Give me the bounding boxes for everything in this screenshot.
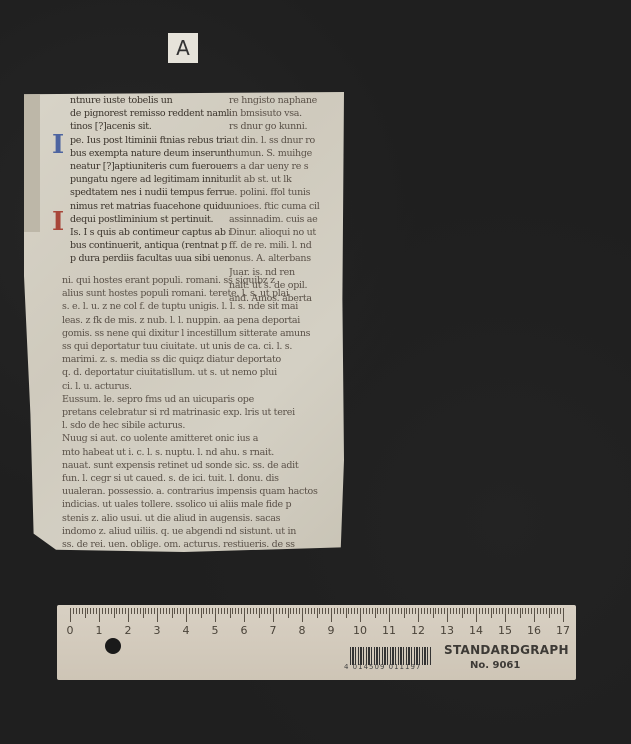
ruler-tick: [73, 608, 74, 614]
ruler-tick: [363, 608, 364, 614]
ruler-tick: [505, 608, 506, 622]
ruler-tick: [212, 608, 213, 614]
ruler-number: 8: [299, 624, 306, 637]
ruler-tick: [354, 608, 355, 614]
ruler-tick: [261, 608, 262, 614]
ruler-tick: [116, 608, 117, 614]
ruler-number: 13: [440, 624, 454, 637]
ruler-tick: [499, 608, 500, 614]
initial-blue-red: I: [52, 130, 64, 160]
ruler-tick: [493, 608, 494, 614]
ruler-tick: [96, 608, 97, 614]
ruler-tick: [311, 608, 312, 614]
ruler-tick: [366, 608, 367, 614]
ruler-number: 5: [212, 624, 219, 637]
ruler-tick: [267, 608, 268, 614]
ruler-tick: [218, 608, 219, 614]
ruler-tick: [154, 608, 155, 614]
ruler-tick: [241, 608, 242, 614]
ruler-number: 7: [270, 624, 277, 637]
ruler-tick: [369, 608, 370, 614]
ruler-tick: [198, 608, 199, 614]
specimen-label-text: A: [176, 36, 190, 60]
ruler-tick: [331, 608, 332, 622]
ruler-tick: [247, 608, 248, 614]
ruler-tick: [453, 608, 454, 614]
ruler-tick: [232, 608, 233, 614]
ruler-tick: [557, 608, 558, 614]
ruler-tick: [462, 608, 463, 618]
ruler-tick: [230, 608, 231, 618]
ruler-tick: [114, 608, 115, 618]
ruler-tick: [496, 608, 497, 614]
ruler-tick: [383, 608, 384, 614]
ruler-tick: [201, 608, 202, 618]
ruler-tick: [412, 608, 413, 614]
ruler-tick: [386, 608, 387, 614]
manuscript-fragment: I I ntnure iuste tobelis un de pignorest…: [24, 92, 344, 552]
ruler-tick: [467, 608, 468, 614]
ruler-tick: [418, 608, 419, 622]
ruler-tick: [183, 608, 184, 614]
ruler-tick: [290, 608, 291, 614]
ruler-tick: [93, 608, 94, 614]
ruler-tick: [514, 608, 515, 614]
ruler-tick: [302, 608, 303, 622]
ruler-tick: [406, 608, 407, 614]
ruler-tick: [325, 608, 326, 614]
ruler-tick: [279, 608, 280, 614]
ruler-tick: [143, 608, 144, 618]
ruler-tick: [482, 608, 483, 614]
ruler-tick: [215, 608, 216, 622]
ruler-tick: [340, 608, 341, 614]
ruler-tick: [314, 608, 315, 614]
ruler-tick: [76, 608, 77, 614]
ruler-tick: [85, 608, 86, 618]
ruler-tick: [415, 608, 416, 614]
ruler-tick: [456, 608, 457, 614]
left-column-top: ntnure iuste tobelis un de pignorest rem…: [70, 94, 230, 266]
ruler-tick: [163, 608, 164, 614]
ruler-tick: [151, 608, 152, 614]
ruler-tick: [276, 608, 277, 614]
ruler-tick: [540, 608, 541, 614]
ruler-tick: [160, 608, 161, 614]
ruler-tick: [360, 608, 361, 622]
ruler-tick: [317, 608, 318, 618]
ruler-tick: [508, 608, 509, 614]
ruler-tick: [380, 608, 381, 614]
ruler-number: 10: [353, 624, 367, 637]
ruler-tick: [441, 608, 442, 614]
ruler-tick: [180, 608, 181, 614]
full-width-text: ni. qui hostes erant populi. romani. ss …: [62, 274, 342, 617]
ruler-tick: [375, 608, 376, 618]
ruler-number: 16: [527, 624, 541, 637]
ruler-tick: [253, 608, 254, 614]
ruler-tick: [520, 608, 521, 618]
ruler-tick: [401, 608, 402, 614]
ruler-tick: [549, 608, 550, 618]
ruler-tick: [221, 608, 222, 614]
ruler-tick: [148, 608, 149, 614]
ruler-tick: [511, 608, 512, 614]
ruler-tick: [525, 608, 526, 614]
ruler-tick: [479, 608, 480, 614]
ruler-tick: [256, 608, 257, 614]
ruler-tick: [227, 608, 228, 614]
ruler-tick: [398, 608, 399, 614]
ruler-tick: [328, 608, 329, 614]
ruler-tick: [377, 608, 378, 614]
ruler-tick: [343, 608, 344, 614]
ruler-tick: [282, 608, 283, 614]
ruler-tick: [305, 608, 306, 614]
ruler-tick: [250, 608, 251, 614]
ruler-tick: [99, 608, 100, 622]
ruler-tick: [259, 608, 260, 618]
ruler-tick: [389, 608, 390, 622]
ruler-tick: [464, 608, 465, 614]
ruler-tick: [82, 608, 83, 614]
ruler-model: No. 9061: [470, 660, 520, 671]
ruler-tick: [108, 608, 109, 614]
ruler-tick: [563, 608, 564, 622]
ruler-tick: [192, 608, 193, 614]
ruler-tick: [395, 608, 396, 614]
barcode-number: 4 014509 011197: [344, 663, 421, 671]
ruler-tick: [551, 608, 552, 614]
ruler-tick: [244, 608, 245, 622]
ruler-tick: [145, 608, 146, 614]
ruler-tick: [488, 608, 489, 614]
ruler-tick: [560, 608, 561, 614]
ruler-tick: [392, 608, 393, 614]
ruler-tick: [235, 608, 236, 614]
ruler-number: 0: [67, 624, 74, 637]
ruler-tick: [421, 608, 422, 614]
ruler-tick: [105, 608, 106, 614]
ruler-tick: [90, 608, 91, 614]
ruler-tick: [522, 608, 523, 614]
ruler-tick: [131, 608, 132, 614]
ruler-number: 2: [125, 624, 132, 637]
ruler-tick: [174, 608, 175, 614]
ruler-number: 11: [382, 624, 396, 637]
ruler-tick: [238, 608, 239, 614]
ruler-number: 17: [556, 624, 570, 637]
specimen-label: A: [168, 33, 198, 63]
ruler: 01234567891011121314151617 4 014509 0111…: [57, 605, 576, 680]
ruler-tick: [427, 608, 428, 614]
ruler-tick: [537, 608, 538, 614]
ruler-tick: [285, 608, 286, 614]
ruler-tick: [169, 608, 170, 614]
ruler-number: 9: [328, 624, 335, 637]
ruler-tick: [476, 608, 477, 622]
ruler-tick: [270, 608, 271, 614]
ruler-tick: [502, 608, 503, 614]
ruler-tick: [517, 608, 518, 614]
ruler-number: 14: [469, 624, 483, 637]
ruler-tick: [102, 608, 103, 614]
ruler-tick: [186, 608, 187, 622]
ruler-tick: [450, 608, 451, 614]
ruler-tick: [224, 608, 225, 614]
ruler-number: 4: [183, 624, 190, 637]
ruler-tick: [357, 608, 358, 614]
ruler-brand: STANDARDGRAPH: [444, 643, 569, 657]
ruler-tick: [351, 608, 352, 614]
ruler-tick: [140, 608, 141, 614]
ruler-tick: [444, 608, 445, 614]
ruler-tick: [470, 608, 471, 614]
ruler-tick: [424, 608, 425, 614]
ruler-tick: [203, 608, 204, 614]
ruler-tick: [430, 608, 431, 614]
ruler-tick: [528, 608, 529, 614]
ruler-tick: [322, 608, 323, 614]
ruler-tick: [125, 608, 126, 614]
ruler-tick: [433, 608, 434, 618]
ruler-tick: [137, 608, 138, 614]
ruler-tick: [293, 608, 294, 614]
ruler-tick: [288, 608, 289, 618]
ruler-tick: [346, 608, 347, 618]
ruler-tick: [172, 608, 173, 618]
ruler-number: 12: [411, 624, 425, 637]
ruler-tick: [491, 608, 492, 618]
ruler-tick: [296, 608, 297, 614]
ruler-number: 15: [498, 624, 512, 637]
ruler-number: 1: [96, 624, 103, 637]
ruler-tick: [409, 608, 410, 614]
ruler-tick: [372, 608, 373, 614]
ruler-tick: [404, 608, 405, 618]
ruler-tick: [546, 608, 547, 614]
ruler-tick: [334, 608, 335, 614]
ruler-tick: [435, 608, 436, 614]
ruler-tick: [534, 608, 535, 622]
ruler-tick: [195, 608, 196, 614]
ruler-tick: [177, 608, 178, 614]
ruler-hole: [105, 638, 121, 654]
ruler-number: 6: [241, 624, 248, 637]
ruler-tick: [206, 608, 207, 614]
ruler-tick: [473, 608, 474, 614]
ruler-tick: [273, 608, 274, 622]
ruler-tick: [79, 608, 80, 614]
ruler-tick: [531, 608, 532, 614]
ruler-tick: [264, 608, 265, 614]
fragment-left-strip: [24, 92, 40, 232]
ruler-number: 3: [154, 624, 161, 637]
ruler-tick: [348, 608, 349, 614]
ruler-tick: [70, 608, 71, 622]
ruler-tick: [319, 608, 320, 614]
ruler-tick: [134, 608, 135, 614]
ruler-tick: [189, 608, 190, 614]
initial-red: I: [52, 207, 64, 237]
ruler-tick: [157, 608, 158, 622]
ruler-tick: [438, 608, 439, 614]
ruler-tick: [308, 608, 309, 614]
ruler-tick: [299, 608, 300, 614]
ruler-tick: [447, 608, 448, 622]
ruler-tick: [119, 608, 120, 614]
ruler-tick: [485, 608, 486, 614]
ruler-tick: [554, 608, 555, 614]
ruler-tick: [128, 608, 129, 622]
ruler-tick: [87, 608, 88, 614]
ruler-tick: [337, 608, 338, 614]
ruler-tick: [111, 608, 112, 614]
ruler-tick: [209, 608, 210, 614]
ruler-tick: [543, 608, 544, 614]
ruler-tick: [459, 608, 460, 614]
ruler-tick: [122, 608, 123, 614]
ruler-tick: [166, 608, 167, 614]
